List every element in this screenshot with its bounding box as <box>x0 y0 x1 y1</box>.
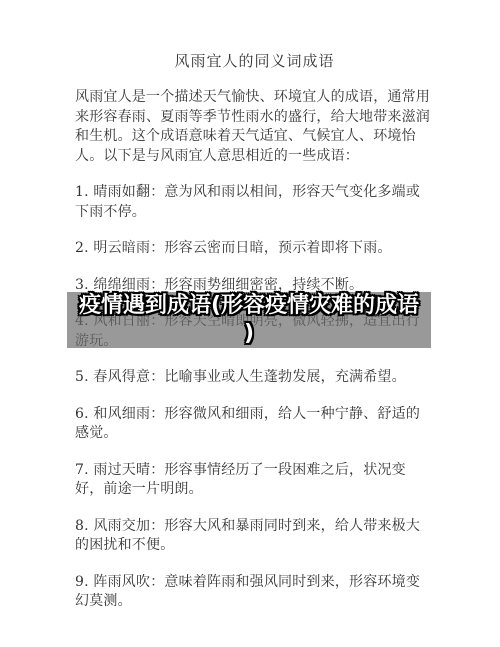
idiom-label: 6. 和风细雨： <box>75 406 164 422</box>
idiom-desc: 比喻事业或人生蓬勃发展，充满希望。 <box>164 369 405 385</box>
idiom-label: 7. 雨过天晴： <box>75 462 164 478</box>
idiom-label: 1. 晴雨如翻： <box>75 184 164 200</box>
idiom-desc: 形容云密而日暗，预示着即将下雨。 <box>164 240 391 256</box>
page-title: 风雨宜人的同义词成语 <box>75 50 434 72</box>
idiom-label: 8. 风雨交加： <box>75 518 164 534</box>
idiom-item-2: 2. 明云暗雨：形容云密而日暗，预示着即将下雨。 <box>75 239 434 259</box>
watermark-title-overlay: 疫情遇到成语(形容疫情灾难的成语 ) <box>67 292 431 348</box>
overlay-title-line-1: 疫情遇到成语(形容疫情灾难的成语 <box>79 292 419 320</box>
idiom-item-9: 9. 阵雨风吹：意味着阵雨和强风同时到来，形容环境变幻莫测。 <box>75 573 434 612</box>
idiom-desc: 形容雨势细细密密，持续不断。 <box>164 277 363 293</box>
idiom-item-6: 6. 和风细雨：形容微风和细雨，给人一种宁静、舒适的感觉。 <box>75 405 434 444</box>
idiom-label: 5. 春风得意： <box>75 369 164 385</box>
idiom-label: 3. 绵绵细雨： <box>75 277 164 293</box>
idiom-item-1: 1. 晴雨如翻：意为风和雨以相间，形容天气变化多端或下雨不停。 <box>75 183 434 222</box>
idiom-label: 2. 明云暗雨： <box>75 240 164 256</box>
idiom-label: 9. 阵雨风吹： <box>75 574 164 590</box>
idiom-item-7: 7. 雨过天晴：形容事情经历了一段困难之后，状况变好，前途一片明朗。 <box>75 461 434 500</box>
idiom-item-5: 5. 春风得意：比喻事业或人生蓬勃发展，充满希望。 <box>75 368 434 388</box>
intro-paragraph: 风雨宜人是一个描述天气愉快、环境宜人的成语，通常用来形容春雨、夏雨等季节性雨水的… <box>75 88 434 166</box>
idiom-item-8: 8. 风雨交加：形容大风和暴雨同时到来，给人带来极大的困扰和不便。 <box>75 517 434 556</box>
overlay-title-line-2: ) <box>244 320 254 348</box>
